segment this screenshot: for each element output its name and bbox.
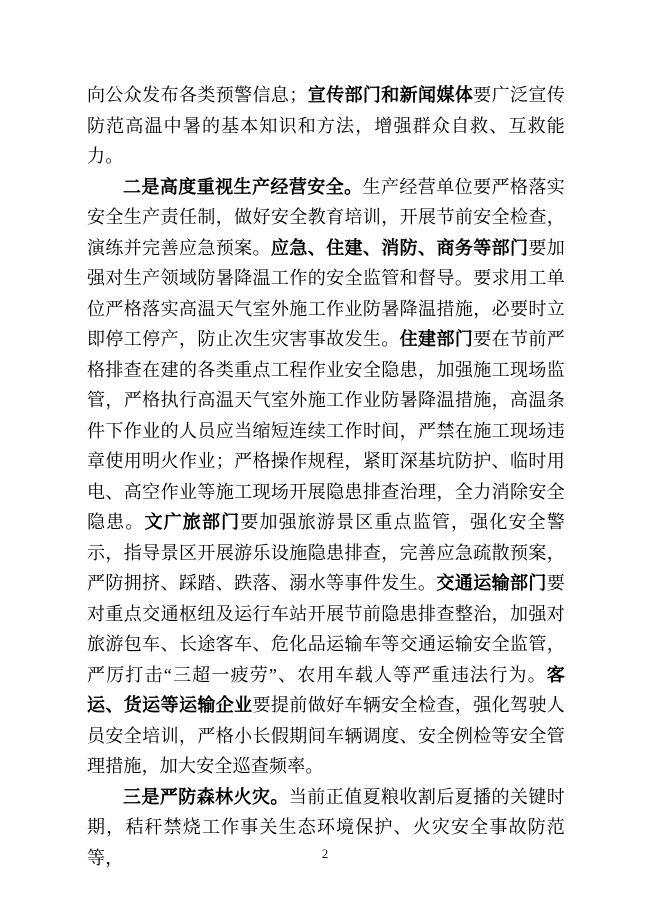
bold-text-run: 住建部门 (400, 329, 474, 349)
bold-text-run: 应急、住建、消防、商务等部门 (271, 238, 528, 258)
bold-text-run: 二是高度重视生产经营安全。 (123, 177, 363, 197)
page-footer: 2 (0, 845, 650, 863)
paragraph: 二是高度重视生产经营安全。生产经营单位要严格落实安全生产责任制，做好安全教育培训… (87, 172, 565, 782)
paragraph: 向公众发布各类预警信息；宣传部门和新闻媒体要广泛宣传防范高温中暑的基本知识和方法… (87, 80, 565, 172)
page-number: 2 (322, 846, 329, 861)
bold-text-run: 文广旅部门 (144, 512, 240, 532)
bold-text-run: 宣传部门和新闻媒体 (308, 85, 474, 105)
bold-text-run: 三是严防森林火灾。 (123, 787, 289, 807)
text-run: 向公众发布各类预警信息； (87, 85, 308, 105)
bold-text-run: 交通运输部门 (436, 573, 546, 593)
document-body: 向公众发布各类预警信息；宣传部门和新闻媒体要广泛宣传防范高温中暑的基本知识和方法… (87, 80, 565, 873)
text-run: 要在节前严格排查在建的各类重点工程作业安全隐患，加强施工现场监管，严格执行高温天… (87, 329, 565, 532)
document-page: 向公众发布各类预警信息；宣传部门和新闻媒体要广泛宣传防范高温中暑的基本知识和方法… (0, 0, 650, 919)
